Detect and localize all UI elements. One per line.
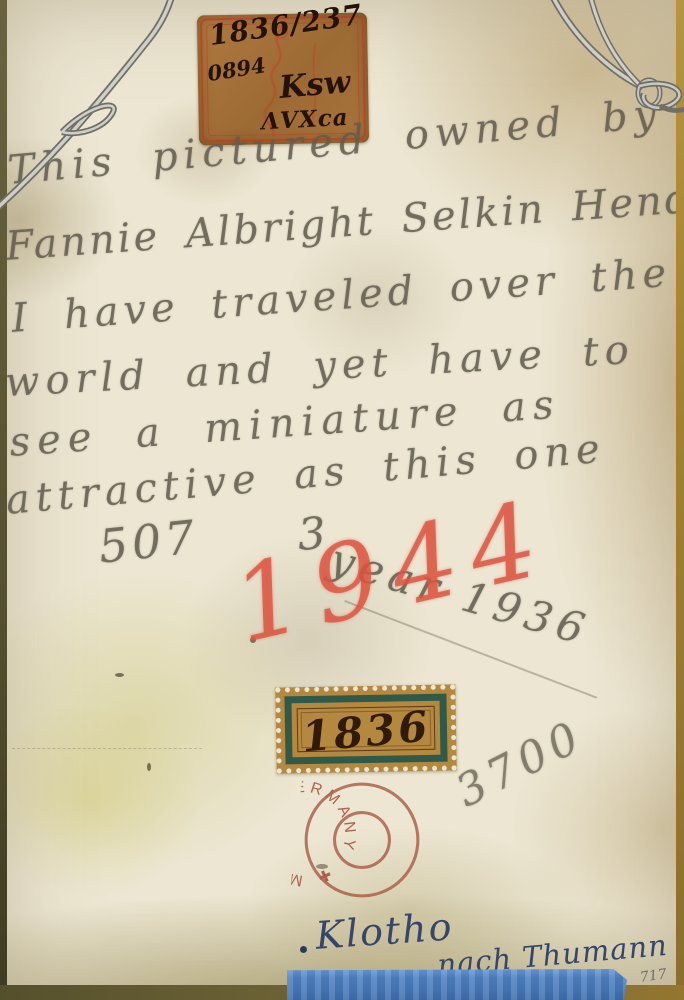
pencil-number-507: 507 — [96, 510, 201, 574]
ink-dot — [300, 946, 307, 953]
svg-text:✚ MADE IN GERMANY: ✚ MADE IN GERMANY — [289, 773, 364, 894]
pencil-line-3: I have traveled over the — [10, 250, 673, 342]
stamp-text: ✚ MADE IN GERMANY — [289, 773, 364, 894]
paper-speck — [147, 763, 151, 771]
painting-back-photo: 1836/237 0894 Ksw ΛVXca This pictured ow… — [0, 0, 684, 1000]
label-monogram: Ksw — [278, 64, 352, 106]
frame-edge-right — [676, 0, 684, 1000]
corner-number: 717 — [639, 966, 668, 986]
frame-edge-left — [0, 0, 7, 1000]
artwork-title: Klotho — [314, 904, 455, 958]
perforated-date-label: 1836 — [275, 684, 456, 773]
made-in-germany-stamp: ✚ MADE IN GERMANY — [289, 767, 434, 912]
pencil-price: 3700 — [448, 710, 592, 817]
paper-speck — [115, 673, 124, 677]
red-crayon-year: 1944 — [222, 476, 562, 667]
blue-tape — [287, 969, 627, 1000]
paper-crease — [12, 748, 202, 749]
